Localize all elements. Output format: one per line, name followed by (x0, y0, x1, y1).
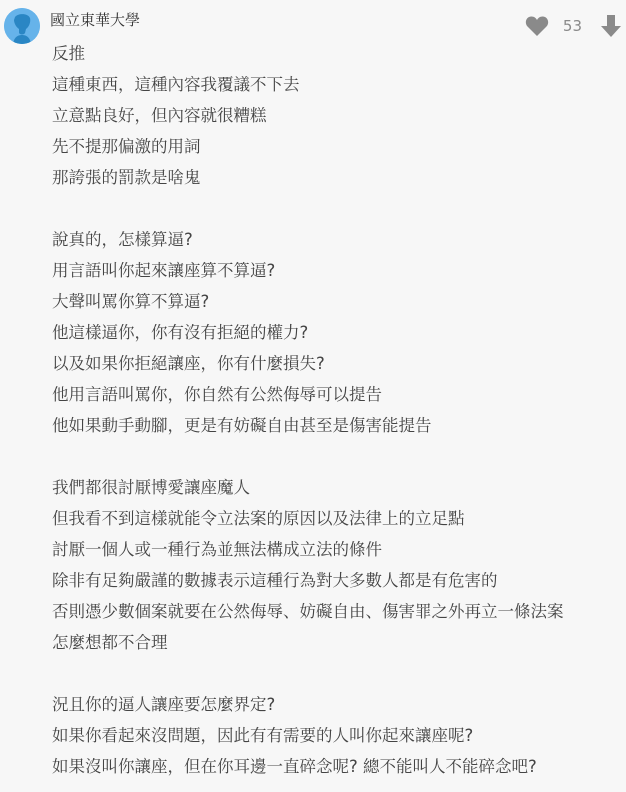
comment-line: 他如果動手動腳，更是有妨礙自由甚至是傷害能提告 (52, 410, 616, 441)
comment-line: 立意點良好，但內容就很糟糕 (52, 100, 616, 131)
down-arrow-icon[interactable] (600, 14, 622, 38)
author-name[interactable]: 國立東華大學 (50, 10, 140, 30)
comment-line: 除非有足夠嚴謹的數據表示這種行為對大多數人都是有危害的 (52, 565, 616, 596)
comment-line: 況且你的逼人讓座要怎麼界定? (52, 689, 616, 720)
comment-line: 以及如果你拒絕讓座，你有什麼損失? (52, 348, 616, 379)
comment-line: 反推 (52, 38, 616, 69)
comment-line: 怎麼想都不合理 (52, 627, 616, 658)
comment-line: 如果沒叫你讓座，但在你耳邊一直碎念呢? 總不能叫人不能碎念吧? (52, 751, 616, 782)
comment-line: 用言語叫你起來讓座算不算逼? (52, 255, 616, 286)
comment-line: 但我看不到這樣就能令立法案的原因以及法律上的立足點 (52, 503, 616, 534)
comment-line: 他這樣逼你，你有沒有拒絕的權力? (52, 317, 616, 348)
comment-line: 先不提那偏激的用詞 (52, 131, 616, 162)
comment-actions: 53 (525, 12, 626, 40)
paragraph-break (52, 441, 616, 472)
user-silhouette-icon (4, 8, 40, 44)
avatar[interactable] (4, 8, 40, 44)
heart-icon[interactable] (525, 15, 549, 37)
comment-body: 反推 這種東西，這種內容我覆議不下去 立意點良好，但內容就很糟糕 先不提那偏激的… (52, 38, 616, 782)
paragraph-break (52, 193, 616, 224)
comment-line: 討厭一個人或一種行為並無法構成立法的條件 (52, 534, 616, 565)
comment-line: 這種東西，這種內容我覆議不下去 (52, 69, 616, 100)
paragraph-break (52, 658, 616, 689)
comment-line: 大聲叫罵你算不算逼? (52, 286, 616, 317)
comment-line: 說真的，怎樣算逼? (52, 224, 616, 255)
comment-line: 他用言語叫罵你，你自然有公然侮辱可以提告 (52, 379, 616, 410)
comment-line: 我們都很討厭博愛讓座魔人 (52, 472, 616, 503)
comment-line: 那誇張的罰款是啥鬼 (52, 162, 616, 193)
like-count: 53 (563, 16, 582, 36)
comment-line: 如果你看起來沒問題，因此有有需要的人叫你起來讓座呢? (52, 720, 616, 751)
comment-line: 否則憑少數個案就要在公然侮辱、妨礙自由、傷害罪之外再立一條法案 (52, 596, 616, 627)
